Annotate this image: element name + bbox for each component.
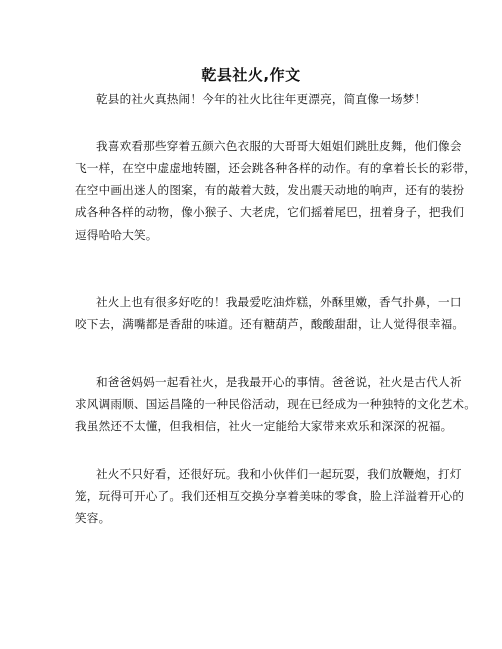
body-text-line: 乾县的社火真热闹！今年的社火比往年更漂亮，简直像一场梦！ bbox=[96, 91, 426, 107]
body-text-line: 求风调雨顺、国运昌隆的一种民俗活动，现在已经成为一种独特的文化艺术。 bbox=[75, 396, 476, 412]
body-text-line: 我虽然还不太懂，但我相信，社火一定能给大家带来欢乐和深深的祝福。 bbox=[75, 418, 452, 434]
body-text-line: 成各种各样的动物，像小猴子、大老虎，它们摇着尾巴，扭着身子，把我们 bbox=[75, 204, 464, 220]
body-text-line: 社火上也有很多好吃的！我最爱吃油炸糕，外酥里嫩，香气扑鼻，一口 bbox=[96, 294, 462, 310]
body-text-line: 咬下去，满嘴都是香甜的味道。还有糖葫芦，酸酸甜甜，让人觉得很幸福。 bbox=[75, 316, 464, 332]
body-text-line: 笼，玩得可开心了。我们还相互交换分享着美味的零食，脸上洋溢着开心的 bbox=[75, 488, 464, 504]
body-text-line: 和爸爸妈妈一起看社火，是我最开心的事情。爸爸说，社火是古代人祈 bbox=[96, 374, 462, 390]
body-text-line: 在空中画出迷人的图案，有的敲着大鼓，发出震天动地的响声，还有的装扮 bbox=[75, 182, 464, 198]
body-text-line: 逗得哈哈大笑。 bbox=[75, 227, 158, 243]
body-text-line: 社火不只好看，还很好玩。我和小伙伴们一起玩耍，我们放鞭炮，打灯 bbox=[96, 466, 462, 482]
body-text-line: 笑容。 bbox=[75, 510, 110, 526]
document-title: 乾县社火,作文 bbox=[0, 64, 502, 85]
body-text-line: 飞一样，在空中虚虚地转圈，还会跳各种各样的动作。有的拿着长长的彩带， bbox=[75, 160, 476, 176]
body-text-line: 我喜欢看那些穿着五颜六色衣服的大哥哥大姐姐们跳肚皮舞，他们像会 bbox=[96, 138, 462, 154]
